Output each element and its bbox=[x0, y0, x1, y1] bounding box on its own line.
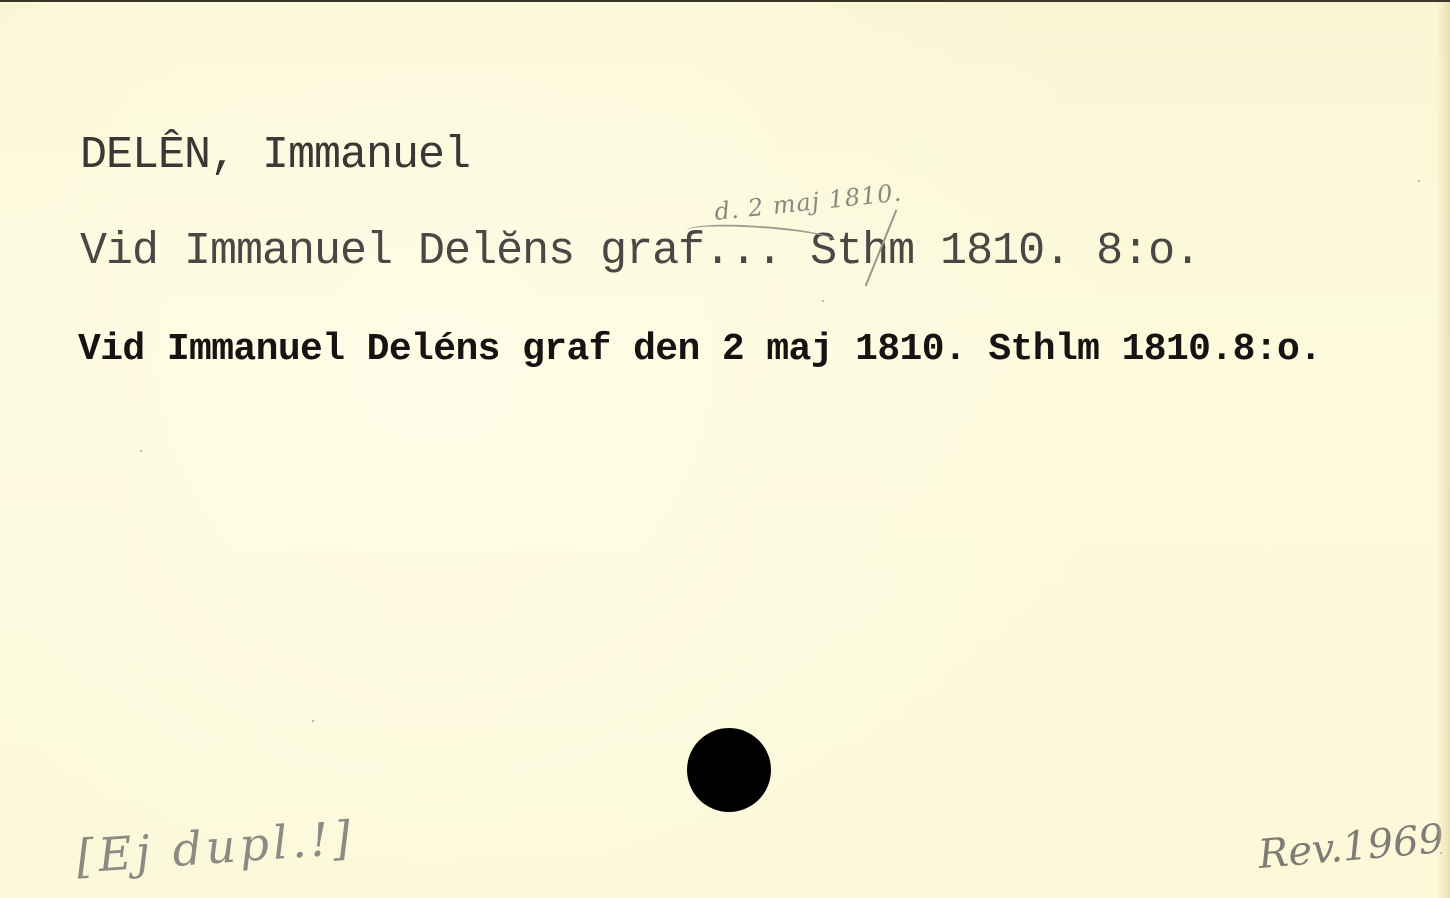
annotation-rev-1969: Rev.1969 bbox=[1256, 816, 1445, 878]
paper-speck bbox=[1418, 180, 1420, 182]
handwritten-insert-note: d. 2 maj 1810. bbox=[713, 178, 903, 226]
paper-speck bbox=[312, 720, 314, 722]
card-full-title: Vid Immanuel Deléns graf den 2 maj 1810.… bbox=[78, 328, 1321, 371]
title-line-part1: Vid Immanuel Delĕns graf... bbox=[80, 226, 782, 277]
catalog-card: DELÊN, Immanuel Vid Immanuel Delĕns graf… bbox=[0, 0, 1450, 898]
paper-speck bbox=[140, 450, 142, 452]
paper-speck bbox=[822, 300, 824, 302]
card-title-line: Vid Immanuel Delĕns graf...Sthm 1810. 8:… bbox=[80, 226, 1200, 277]
punch-hole bbox=[687, 728, 771, 812]
card-heading: DELÊN, Immanuel bbox=[80, 130, 470, 181]
title-line-part2: Sthm 1810. 8:o. bbox=[810, 226, 1200, 277]
annotation-ej-dupl: [Ej dupl.!] bbox=[74, 810, 356, 883]
paper-speck bbox=[1440, 852, 1442, 854]
